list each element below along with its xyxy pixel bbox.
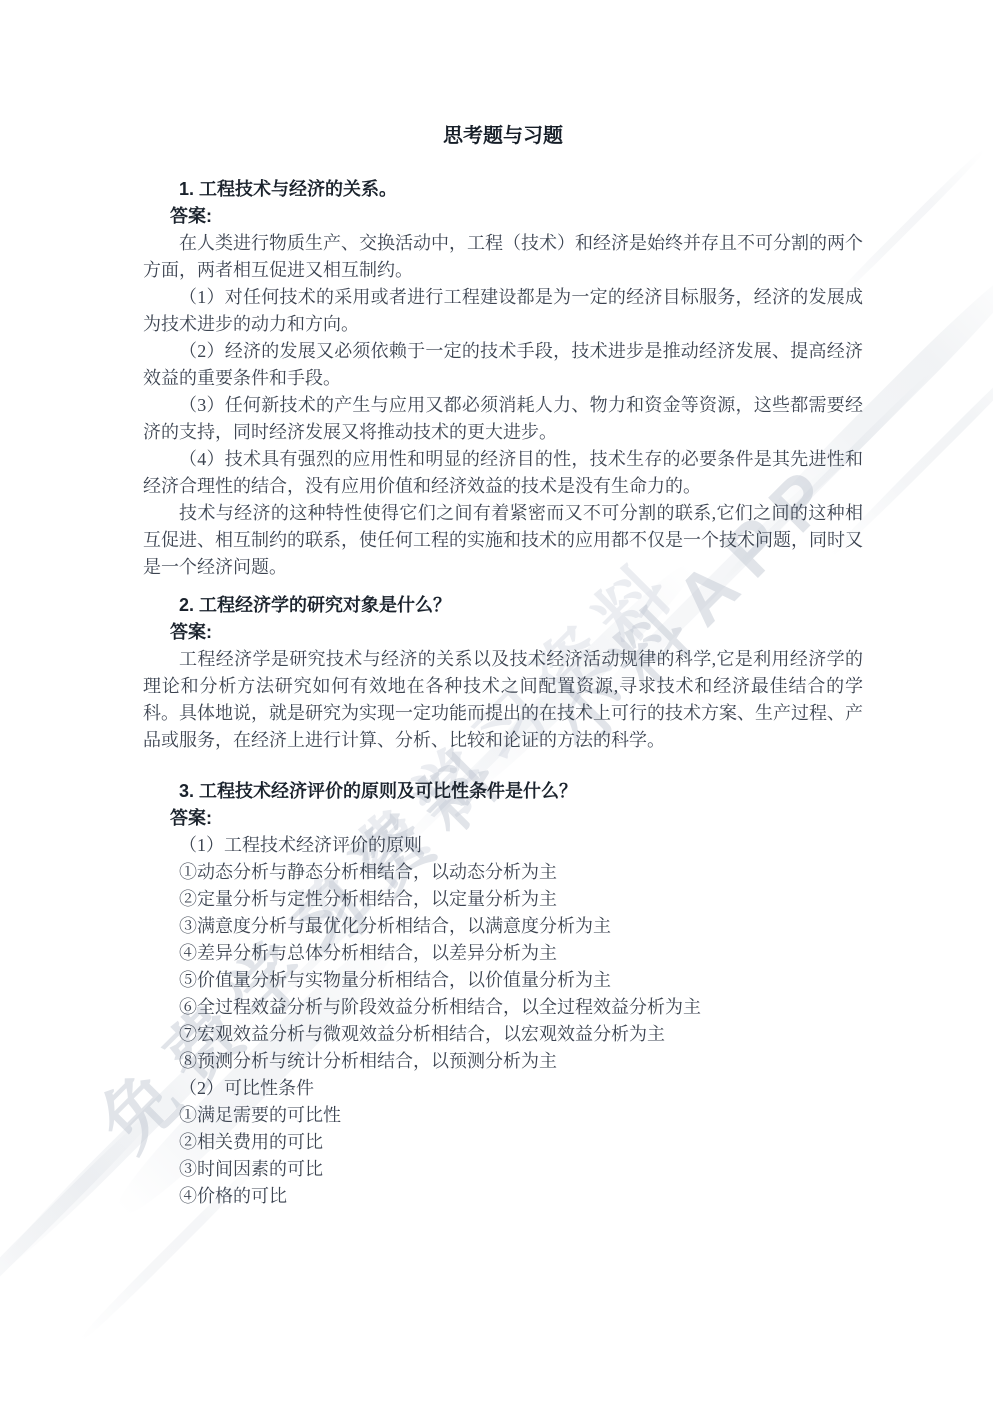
answer-paragraph: （2）经济的发展又必须依赖于一定的技术手段，技术进步是推动经济发展、提高经济效益… xyxy=(143,338,863,392)
answer-item: ⑥全过程效益分析与阶段效益分析相结合，以全过程效益分析为主 xyxy=(143,994,863,1021)
answer-item: ③满意度分析与最优化分析相结合，以满意度分析为主 xyxy=(143,913,863,940)
answer-paragraph: （4）技术具有强烈的应用性和明显的经济目的性，技术生存的必要条件是其先进性和经济… xyxy=(143,446,863,500)
answer-item: ⑤价值量分析与实物量分析相结合，以价值量分析为主 xyxy=(143,967,863,994)
question-block-1: 1. 工程技术与经济的关系。 答案: 在人类进行物质生产、交换活动中，工程（技术… xyxy=(143,176,863,581)
answer-paragraph: 在人类进行物质生产、交换活动中，工程（技术）和经济是始终并存且不可分割的两个方面… xyxy=(143,230,863,284)
question-block-3: 3. 工程技术经济评价的原则及可比性条件是什么？ 答案: （1）工程技术经济评价… xyxy=(143,778,863,1210)
answer-item: ⑦宏观效益分析与微观效益分析相结合，以宏观效益分析为主 xyxy=(143,1021,863,1048)
question-block-2: 2. 工程经济学的研究对象是什么？ 答案: 工程经济学是研究技术与经济的关系以及… xyxy=(143,592,863,754)
answer-item: ③时间因素的可比 xyxy=(143,1156,863,1183)
question-2-heading: 2. 工程经济学的研究对象是什么？ xyxy=(143,592,863,619)
answer-item: （1）工程技术经济评价的原则 xyxy=(143,832,863,859)
question-3-heading: 3. 工程技术经济评价的原则及可比性条件是什么？ xyxy=(143,778,863,805)
answer-item: ④价格的可比 xyxy=(143,1183,863,1210)
answer-paragraph: （3）任何新技术的产生与应用又都必须消耗人力、物力和资金等资源，这些都需要经济的… xyxy=(143,392,863,446)
answer-label: 答案: xyxy=(143,203,863,230)
answer-item: （2）可比性条件 xyxy=(143,1075,863,1102)
answer-paragraph: 技术与经济的这种特性使得它们之间有着紧密而又不可分割的联系,它们之间的这种相互促… xyxy=(143,500,863,581)
answer-item: ⑧预测分析与统计分析相结合，以预测分析为主 xyxy=(143,1048,863,1075)
answer-item: ①动态分析与静态分析相结合，以动态分析为主 xyxy=(143,859,863,886)
answer-label: 答案: xyxy=(143,619,863,646)
answer-paragraph: （1）对任何技术的采用或者进行工程建设都是为一定的经济目标服务，经济的发展成为技… xyxy=(143,284,863,338)
document-content: 思考题与习题 1. 工程技术与经济的关系。 答案: 在人类进行物质生产、交换活动… xyxy=(143,122,863,1210)
document-page: 免费学习资料 小料APP 免费学习资料 思考题与习题 1. 工程技术与经济的关系… xyxy=(0,0,993,1404)
answer-item: ①满足需要的可比性 xyxy=(143,1102,863,1129)
answer-item: ②相关费用的可比 xyxy=(143,1129,863,1156)
question-1-heading: 1. 工程技术与经济的关系。 xyxy=(143,176,863,203)
answer-item: ②定量分析与定性分析相结合，以定量分析为主 xyxy=(143,886,863,913)
answer-label: 答案: xyxy=(143,805,863,832)
answer-item: ④差异分析与总体分析相结合，以差异分析为主 xyxy=(143,940,863,967)
page-title: 思考题与习题 xyxy=(143,122,863,150)
answer-paragraph: 工程经济学是研究技术与经济的关系以及技术经济活动规律的科学,它是利用经济学的理论… xyxy=(143,646,863,754)
